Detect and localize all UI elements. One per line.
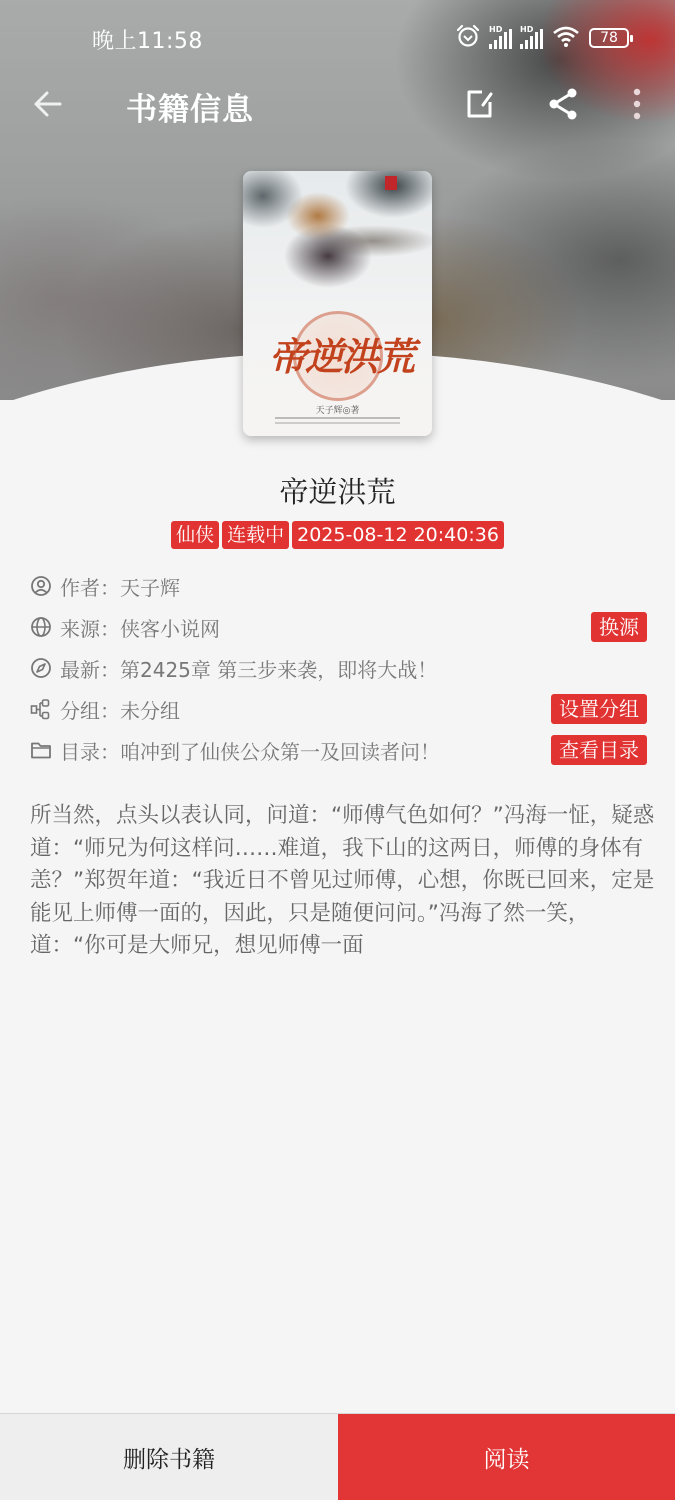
back-button[interactable] bbox=[28, 84, 68, 124]
bottom-action-bar: 删除书籍 阅读 bbox=[0, 1413, 675, 1500]
latest-chapter-row[interactable]: 最新： 第2425章 第三步来袭，即将大战！ bbox=[30, 651, 650, 685]
more-vertical-icon bbox=[622, 86, 652, 122]
set-group-button[interactable]: 设置分组 bbox=[551, 694, 647, 724]
source-value: 侠客小说网 bbox=[120, 613, 220, 642]
cover-author: 天子辉◎著 bbox=[243, 403, 432, 416]
book-name: 帝逆洪荒 bbox=[0, 470, 675, 511]
book-tags: 仙侠 连载中 2025-08-12 20:40:36 bbox=[0, 521, 675, 549]
latest-value: 第2425章 第三步来袭，即将大战！ bbox=[120, 654, 437, 683]
genre-tag: 仙侠 bbox=[171, 521, 219, 549]
page-title: 书籍信息 bbox=[126, 84, 254, 129]
edit-button[interactable] bbox=[462, 86, 498, 122]
source-row: 来源： 侠客小说网 bbox=[30, 610, 650, 644]
author-value: 天子辉 bbox=[120, 572, 180, 601]
read-button[interactable]: 阅读 bbox=[338, 1414, 675, 1500]
toc-value: 咱冲到了仙侠公众第一及回读者问！ bbox=[120, 736, 440, 765]
wifi-icon bbox=[551, 24, 581, 52]
signal-hd-icon: HD bbox=[489, 27, 512, 49]
cover-blurb bbox=[275, 417, 400, 419]
alarm-icon bbox=[455, 24, 481, 52]
publisher-badge bbox=[385, 176, 397, 190]
group-label: 分组： bbox=[60, 695, 120, 724]
person-icon bbox=[30, 575, 52, 597]
book-intro: 所当然，点头以表认同，问道：“师傅气色如何？”冯海一怔，疑惑道：“师兄为何这样问… bbox=[30, 800, 665, 963]
cover-title-art: 帝逆洪荒 bbox=[261, 326, 421, 381]
folder-icon bbox=[30, 739, 52, 761]
more-options-button[interactable] bbox=[622, 86, 652, 122]
author-label: 作者： bbox=[60, 572, 120, 601]
battery-icon: 78 bbox=[589, 28, 629, 48]
view-toc-button[interactable]: 查看目录 bbox=[551, 735, 647, 765]
status-tag: 连载中 bbox=[222, 521, 289, 549]
compass-icon bbox=[30, 657, 52, 679]
group-icon bbox=[30, 698, 52, 720]
status-icons: HD HD 78 bbox=[455, 24, 629, 52]
arrow-left-icon bbox=[28, 84, 68, 124]
book-cover[interactable]: 帝逆洪荒 天子辉◎著 bbox=[243, 171, 432, 436]
edit-icon bbox=[462, 86, 498, 122]
latest-label: 最新： bbox=[60, 654, 120, 683]
group-value: 未分组 bbox=[120, 695, 180, 724]
update-time-tag: 2025-08-12 20:40:36 bbox=[292, 521, 504, 549]
status-time: 晚上11:58 bbox=[92, 24, 203, 55]
status-bar: 晚上11:58 HD HD 78 bbox=[0, 20, 675, 56]
share-icon bbox=[546, 86, 582, 122]
globe-icon bbox=[30, 616, 52, 638]
toc-label: 目录： bbox=[60, 736, 120, 765]
signal-hd-icon: HD bbox=[520, 27, 543, 49]
change-source-button[interactable]: 换源 bbox=[591, 612, 647, 642]
share-button[interactable] bbox=[546, 86, 582, 122]
delete-book-button[interactable]: 删除书籍 bbox=[0, 1414, 338, 1500]
toolbar: 书籍信息 bbox=[0, 76, 675, 132]
source-label: 来源： bbox=[60, 613, 120, 642]
author-row: 作者： 天子辉 bbox=[30, 569, 650, 603]
